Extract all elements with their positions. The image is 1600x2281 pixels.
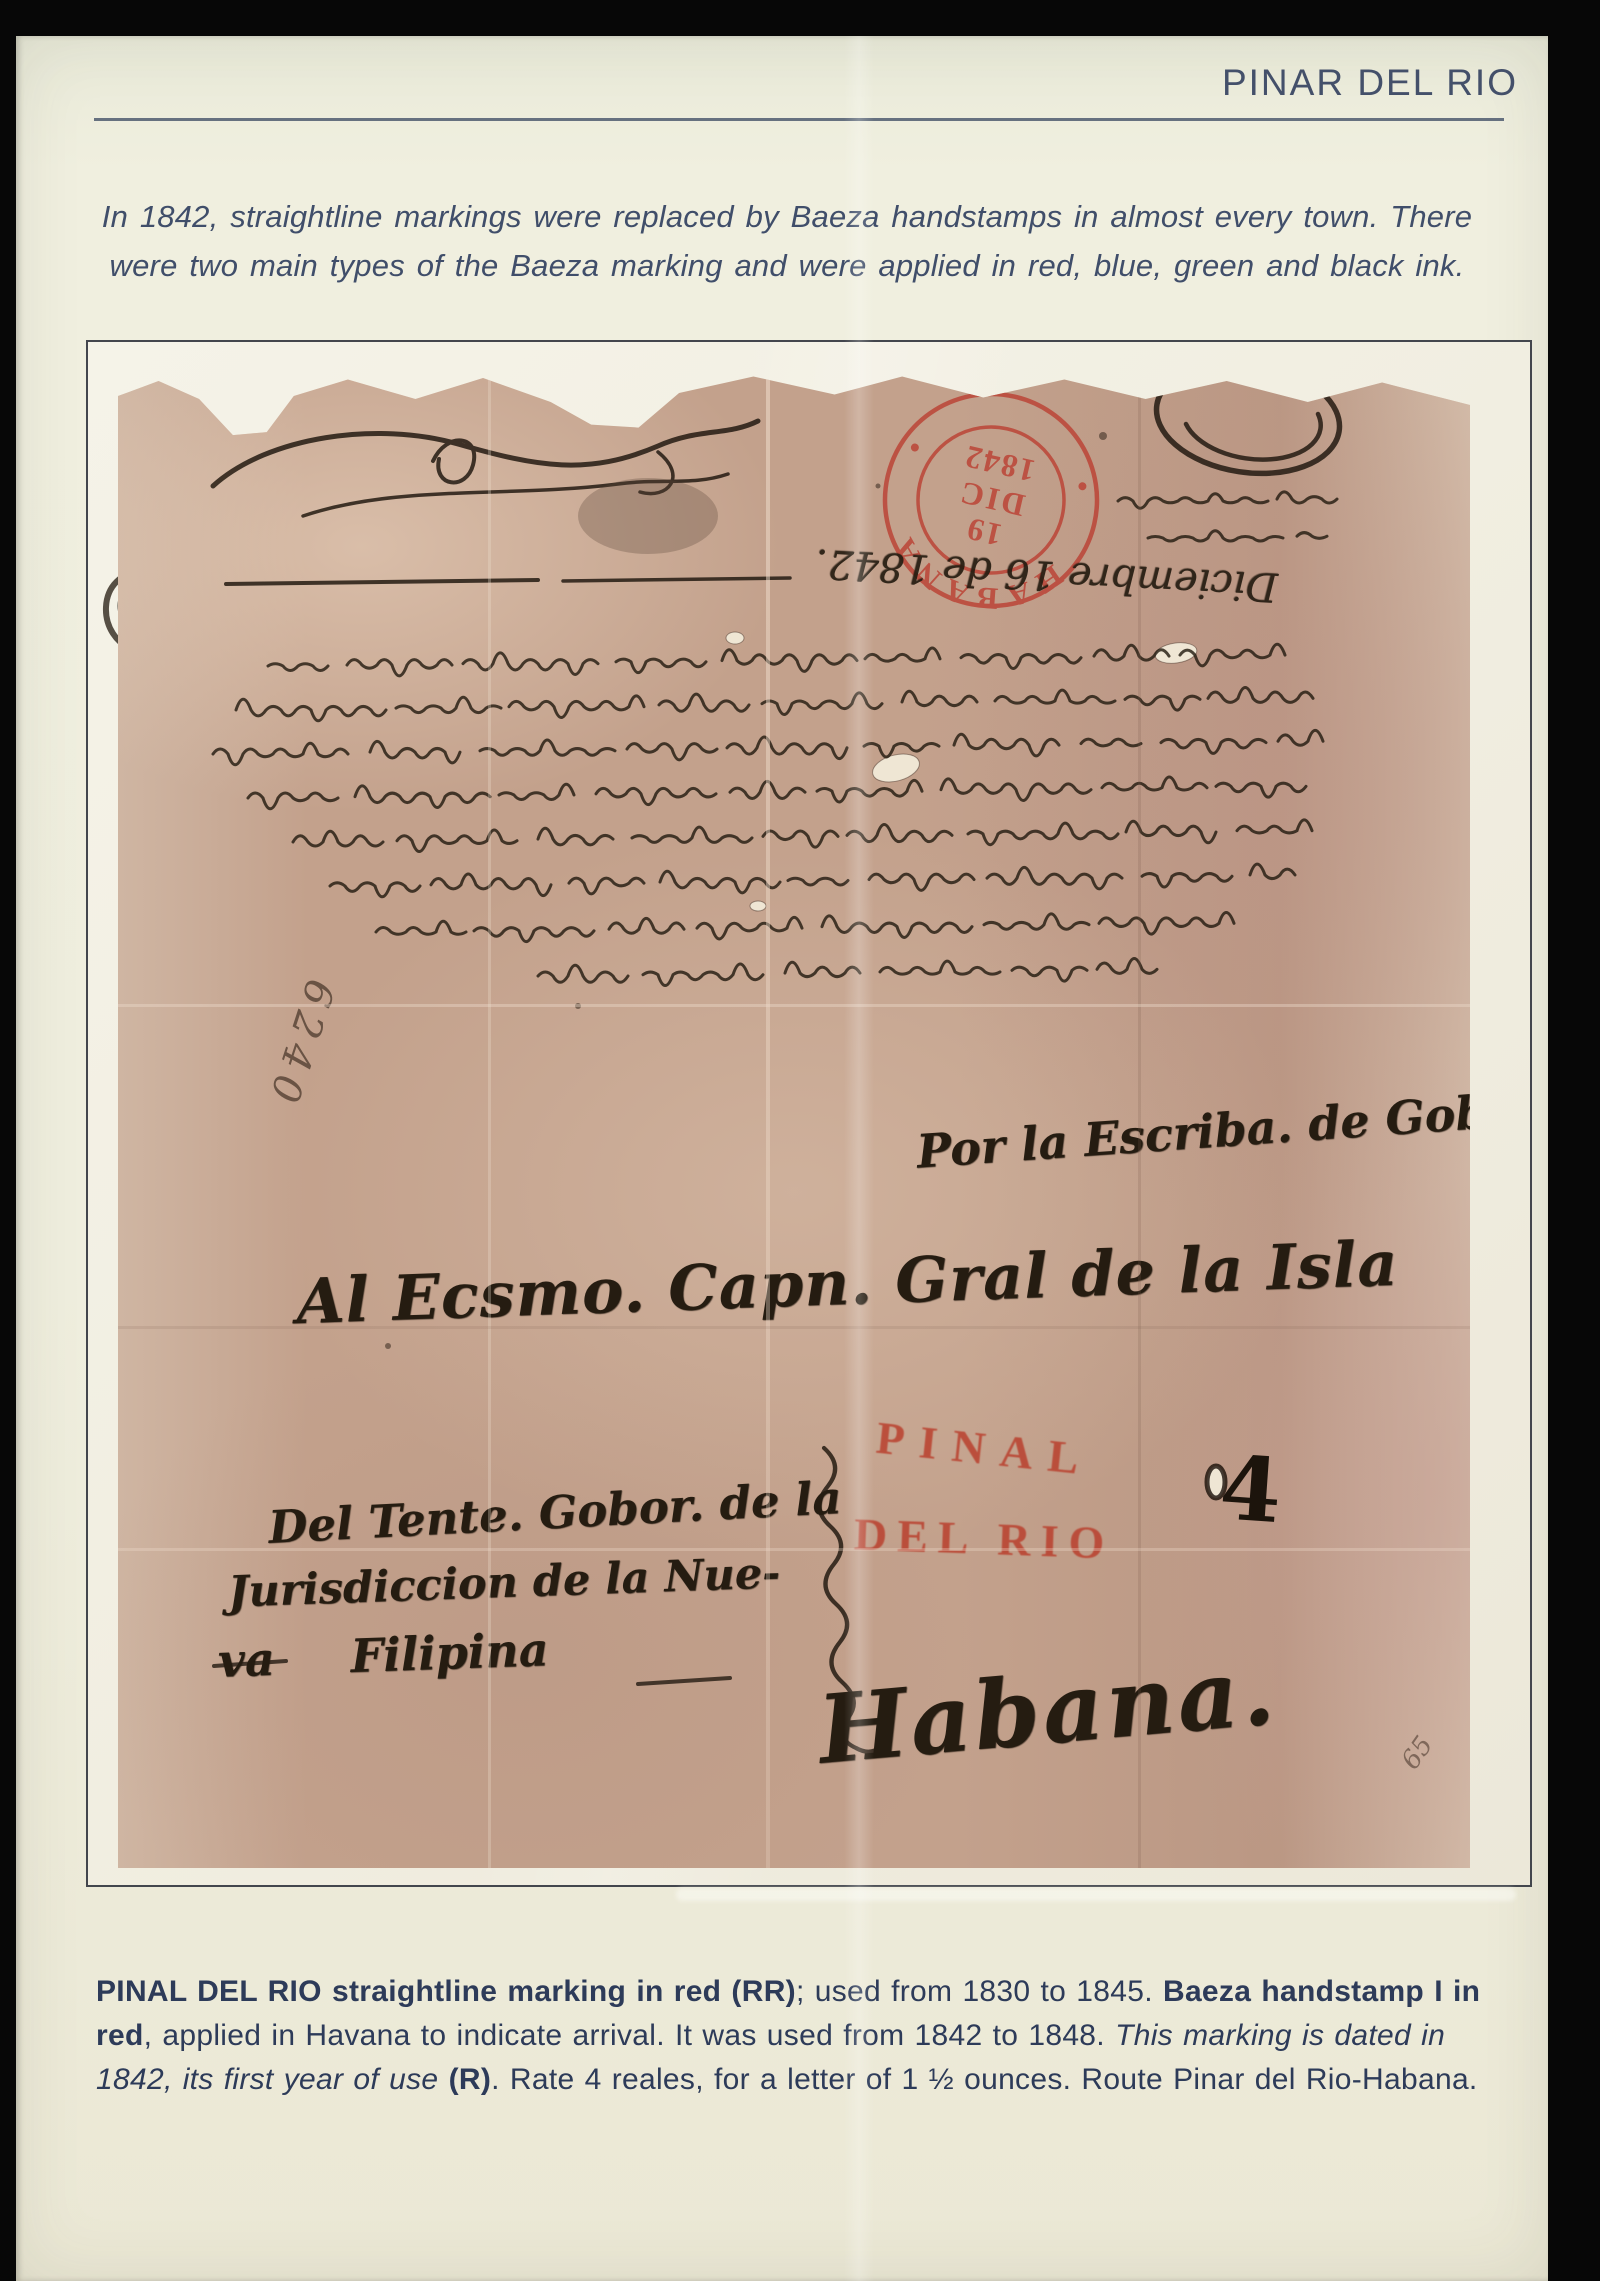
inverted-manuscript-stroke [376, 921, 466, 934]
inverted-manuscript-stroke [1278, 730, 1323, 745]
paper-holes [726, 632, 1198, 911]
inverted-manuscript-stroke [236, 699, 386, 721]
inverted-manuscript-stroke [293, 831, 383, 846]
inverted-manuscript-stroke [1012, 967, 1087, 981]
inverted-manuscript-stroke [355, 786, 490, 808]
inverted-manuscript-stroke [609, 918, 684, 933]
inverted-manuscript-stroke [1148, 531, 1283, 541]
inverted-manuscript-stroke [730, 781, 805, 798]
intro-line-2: were two main types of the Baeza marking… [76, 241, 1498, 290]
inverted-manuscript-stroke [431, 874, 551, 896]
inverted-manuscript-stroke [987, 867, 1122, 889]
caption-italic-text: 1842, its first year of use [96, 2063, 449, 2096]
inverted-manuscript-stroke [968, 823, 1118, 845]
inverted-manuscript-stroke [1208, 688, 1313, 703]
inverted-manuscript-stroke [1102, 777, 1207, 790]
inverted-manuscript-stroke [941, 779, 1091, 801]
inverted-manuscript-stroke [880, 961, 1000, 974]
inverted-manuscript-stroke [627, 744, 717, 760]
inverted-manuscript-stroke [330, 883, 420, 897]
inverted-manuscript-stroke [660, 871, 780, 893]
inverted-manuscript-stroke [984, 914, 1089, 929]
inverted-manuscript-stroke [370, 741, 460, 763]
inverted-manuscript-stroke [727, 737, 847, 759]
inverted-manuscript-stroke [697, 917, 802, 939]
rate-mark: 4 [1207, 1435, 1285, 1543]
inverted-manuscript-stroke [822, 916, 972, 938]
inverted-manuscript-stroke [1277, 492, 1337, 503]
caption-line-2: red, applied in Havana to indicate arriv… [96, 2014, 1524, 2058]
paraph-swirl [1157, 366, 1340, 473]
cover-photo-frame: 4 HABANA 19 DIC 1842 [86, 340, 1532, 1887]
burn-hole [1207, 1466, 1225, 1498]
inverted-manuscript-stroke [1297, 533, 1327, 539]
caption-regular-text: ; used from 1830 to 1845. [796, 1975, 1163, 2008]
sleeve-bottom-edge [676, 1888, 1516, 1901]
caption-regular-text: , applied in Havana to indicate arrival.… [144, 2019, 1115, 2052]
inverted-manuscript-stroke [865, 648, 940, 661]
inverted-manuscript-stroke [1081, 739, 1141, 746]
intro-paragraph: In 1842, straightline markings were repl… [76, 192, 1498, 290]
inverted-manuscript-stroke [268, 664, 328, 671]
caption-line-3: 1842, its first year of use (R). Rate 4 … [96, 2058, 1524, 2102]
inverted-manuscript-stroke [995, 690, 1115, 703]
caption-bold-text: red [96, 2019, 144, 2052]
inverted-manuscript-stroke [480, 740, 615, 755]
inverted-manuscript-stroke [1142, 874, 1232, 888]
caption-italic-text: This marking is dated in [1115, 2019, 1445, 2052]
caption-line-1: PINAL DEL RIO straightline marking in re… [96, 1970, 1524, 2014]
inverted-manuscript-stroke [817, 780, 922, 802]
inverted-manuscript-stroke [616, 659, 706, 673]
svg-text:4: 4 [1217, 1435, 1285, 1543]
inverted-manuscript-stroke [396, 697, 501, 712]
sender-line-3: va Filipina [217, 1622, 549, 1688]
folded-letter: 4 HABANA 19 DIC 1842 [118, 366, 1470, 1868]
inverted-manuscript-stroke [1250, 864, 1295, 878]
caption-regular-text: . Rate 4 reales, for a letter of 1 ½ oun… [491, 2063, 1477, 2096]
intro-line-1: In 1842, straightline markings were repl… [76, 192, 1498, 241]
inverted-manuscript-stroke [509, 696, 644, 718]
inverted-manuscript-stroke [347, 660, 452, 676]
inverted-manuscript-stroke [722, 650, 857, 672]
inverted-manuscript-stroke [1125, 696, 1200, 710]
header-rule [94, 118, 1504, 121]
inverted-manuscript-stroke [1216, 783, 1306, 797]
exhibit-page-stage: PINAR DEL RIO In 1842, straightline mark… [0, 0, 1600, 2281]
inverted-manuscript-stroke [538, 965, 628, 982]
caption: PINAL DEL RIO straightline marking in re… [96, 1970, 1524, 2102]
inverted-manuscript-stroke [659, 694, 749, 711]
ink-smudge [578, 478, 718, 554]
inverted-manuscript-stroke [954, 734, 1059, 756]
inverted-manuscript-stroke [961, 655, 1081, 669]
straightline-marking-line2: DEL RIO [853, 1507, 1115, 1569]
inverted-manuscript-stroke [213, 743, 348, 765]
inverted-manuscript-stroke [643, 964, 763, 986]
inverted-manuscript-stroke [1161, 739, 1266, 753]
inverted-manuscript-stroke [1237, 820, 1312, 833]
inverted-manuscript-stroke [248, 793, 338, 809]
inverted-manuscript-stroke [762, 693, 882, 715]
inverted-manuscript-stroke [569, 878, 644, 894]
caption-bold-text: Baeza handstamp I in [1163, 1975, 1480, 2008]
page-title: PINAR DEL RIO [1222, 62, 1518, 104]
inverted-manuscript-stroke [538, 828, 613, 845]
inverted-manuscript-stroke [474, 928, 594, 942]
inverted-manuscript-stroke [869, 874, 974, 890]
inverted-manuscript-stroke [463, 653, 598, 675]
inverted-manuscript-stroke [847, 825, 952, 842]
inverted-manuscript-stroke [1099, 913, 1234, 935]
inverted-manuscript-stroke [1118, 494, 1268, 508]
inverted-manuscript-stroke [902, 691, 977, 705]
inverted-manuscript-stroke [596, 788, 716, 804]
inverted-manuscript-stroke [1097, 958, 1157, 973]
inverted-manuscript-stroke [632, 827, 752, 842]
inverted-manuscript-stroke [1126, 821, 1216, 843]
album-page: PINAR DEL RIO In 1842, straightline mark… [16, 36, 1548, 2281]
inverted-manuscript-stroke [397, 830, 517, 852]
inverted-manuscript-stroke [788, 878, 848, 885]
manuscript-rule [226, 578, 790, 584]
inverted-manuscript-stroke [785, 962, 860, 976]
caption-bold-text: (R) [449, 2063, 492, 2096]
caption-bold-text: PINAL DEL RIO straightline marking in re… [96, 1975, 796, 2008]
inverted-manuscript-stroke [763, 831, 838, 847]
inverted-manuscript-stroke [499, 784, 574, 799]
